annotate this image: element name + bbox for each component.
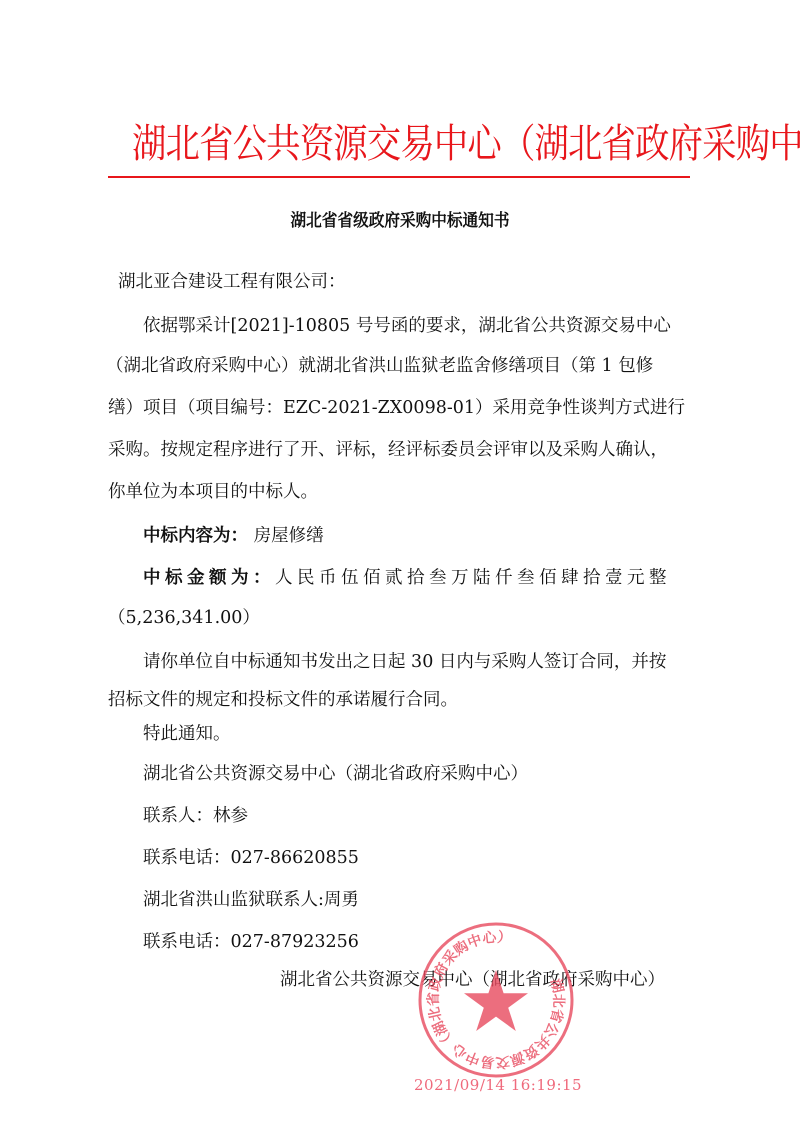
prison-phone: 联系电话：027-87923256 <box>143 928 359 953</box>
award-content-row: 中标内容为： 房屋修缮 <box>143 522 324 547</box>
prison-contact: 湖北省洪山监狱联系人:周勇 <box>143 886 359 911</box>
document-title: 湖北省省级政府采购中标通知书 <box>32 206 768 231</box>
contact-phone: 联系电话：027-86620855 <box>143 844 359 869</box>
body-line: （湖北省政府采购中心）就湖北省洪山监狱老监舍修缮项目（第 1 包修 <box>106 352 653 377</box>
star-icon <box>464 970 528 1031</box>
contact-person: 联系人：林参 <box>143 802 248 827</box>
contract-line: 请你单位自中标通知书发出之日起 30 日内与采购人签订合同，并按 <box>143 648 666 673</box>
award-amount-row: 中标金额为：人民币伍佰贰拾叁万陆仟叁佰肆拾壹元整 <box>143 564 671 589</box>
award-amount-label: 中标金额为： <box>143 568 275 588</box>
award-amount-number: （5,236,341.00） <box>108 604 260 629</box>
contact-org: 湖北省公共资源交易中心（湖北省政府采购中心） <box>143 760 528 785</box>
award-content-value: 房屋修缮 <box>254 526 324 546</box>
body-line: 依据鄂采计[2021]-10805 号号函的要求，湖北省公共资源交易中心 <box>143 312 671 337</box>
closing-text: 特此通知。 <box>143 720 231 745</box>
body-line: 缮）项目（项目编号：EZC-2021-ZX0098-01）采用竞争性谈判方式进行 <box>108 394 685 419</box>
body-line: 你单位为本项目的中标人。 <box>108 478 318 503</box>
award-amount-words: 人民币伍佰贰拾叁万陆仟叁佰肆拾壹元整 <box>275 568 671 588</box>
seal-timestamp: 2021/09/14 16:19:15 <box>414 1076 582 1094</box>
contract-line: 招标文件的规定和投标文件的承诺履行合同。 <box>108 686 458 711</box>
org-header-title: 湖北省公共资源交易中心（湖北省政府采购中心） <box>132 112 800 169</box>
recipient: 湖北亚合建设工程有限公司： <box>118 268 346 293</box>
official-seal: 湖北省公共资源交易中心（湖北省政府采购中心） <box>416 920 576 1080</box>
award-content-label: 中标内容为： <box>143 526 248 546</box>
body-line: 采购。按规定程序进行了开、评标，经评标委员会评审以及采购人确认， <box>108 436 668 461</box>
header-divider <box>108 176 690 178</box>
